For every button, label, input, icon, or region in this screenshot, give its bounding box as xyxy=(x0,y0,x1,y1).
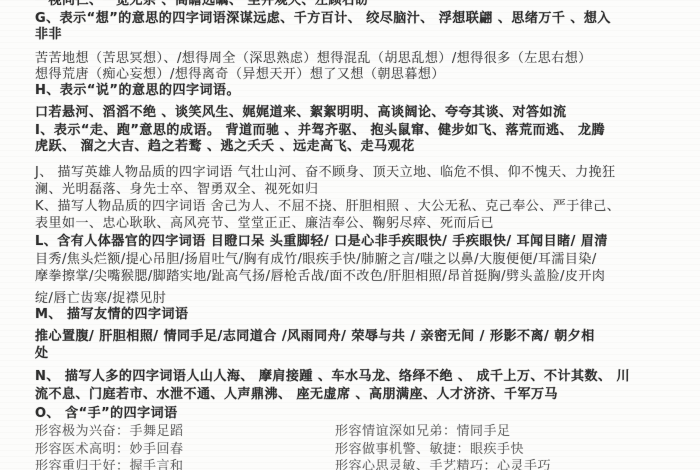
section-header-m: M、 描写友情的四字词语 xyxy=(35,307,680,322)
text-line: 澜、光明磊落、身先士卒、智勇双全、视死如归 xyxy=(35,182,680,197)
section-header-n: N、 描写人多的四字词语人山人海、 摩肩接踵 、车水马龙、络绎不绝 、 成千上万… xyxy=(35,369,680,384)
hand-idiom-right: 形容做事机警、敏捷：眼疾手快 xyxy=(335,442,524,457)
document-page: 一视同仁、一览无余 、高瞻远瞩、 坐井观天、左顾右盼 G、表示“想”的意思的四字… xyxy=(0,0,700,470)
section-header-g: G、表示“想”的意思的四字词语深谋远虑、千方百计、 绞尽脑汁、 浮想联翩 、思绪… xyxy=(35,11,680,26)
text-line: 口若悬河、滔滔不绝 、谈笑风生、娓娓道来、絮絮明明、高谈阔论、夸夸其谈、对答如流 xyxy=(35,105,680,120)
section-header-l: L、含有人体器官的四字词语 目瞪口呆 头重脚轻/ 口是心非手疾眼快/ 手疾眼快/… xyxy=(35,234,680,249)
hand-idiom-left: 形容医术高明：妙手回春 xyxy=(35,442,184,457)
text-line: 苦苦地想（苦思冥想）、/想得周全（深思熟虑）想得混乱（胡思乱想）/想得很多（左思… xyxy=(35,51,680,66)
section-header-o: O、 含“手”的四字词语 xyxy=(35,406,680,421)
text-line: 摩拳擦掌/尖嘴猴腮/脚踏实地/趾高气扬/唇枪舌战/面不改色/肝胆相照/昂首挺胸/… xyxy=(35,269,680,284)
text-line: 一视同仁、一览无余 、高瞻远瞩、 坐井观天、左顾右盼 xyxy=(35,0,680,8)
text-line: 推心置腹/ 肝胆相照/ 情同手足/志同道合 /风雨同舟/ 荣辱与共 / 亲密无间… xyxy=(35,329,680,344)
hand-idiom-left: 形容极为兴奋：手舞足蹈 xyxy=(35,424,184,439)
text-line: 想得荒唐（痴心妄想）/想得离奇（异想天开）想了又想（朝思暮想） xyxy=(35,67,680,82)
hand-idiom-right: 形容情谊深如兄弟：情同手足 xyxy=(335,424,511,439)
text-line: 流不息、门庭若市、水泄不通、人声鼎沸、 座无虚席 、高朋满座、人才济济、千军万马 xyxy=(35,387,680,402)
section-header-j: J、 描写英雄人物品质的四字词语 气壮山河、奋不顾身、顶天立地、临危不惧、仰不愧… xyxy=(35,165,680,180)
section-header-k: K、描写人物品质的四字词语 舍己为人、不屈不挠、肝胆相照 、大公无私、克己奉公、… xyxy=(35,199,680,214)
text-line: 绽/唇亡齿寒/捉襟见肘 xyxy=(35,291,680,306)
section-header-h: H、表示“说”的意思的四字词语。 xyxy=(35,83,680,98)
text-line: 表里如一、忠心耿耿、高风亮节、堂堂正正、廉洁奉公、鞠躬尽瘁、死而后已 xyxy=(35,216,680,231)
section-header-i: I、表示“走、跑”意思的成语。 背道而驰 、并驾齐驱、 抱头鼠窜、健步如飞、落荒… xyxy=(35,123,680,138)
text-line: 虎跃、 溜之大吉、趋之若鹜 、逃之夭夭 、远走高飞、走马观花 xyxy=(35,139,680,154)
hand-idiom-right: 形容心思灵敏、手艺精巧：心灵手巧 xyxy=(335,459,551,470)
hand-idiom-left: 形容重归于好：握手言和 xyxy=(35,459,184,470)
text-line: 处 xyxy=(35,346,680,361)
text-line: 非非 xyxy=(35,27,680,42)
text-line: 目秀/焦头烂额/提心吊胆/扬眉吐气/胸有成竹/眼疾手快/肺腑之言/嗤之以鼻/大腹… xyxy=(35,252,680,267)
